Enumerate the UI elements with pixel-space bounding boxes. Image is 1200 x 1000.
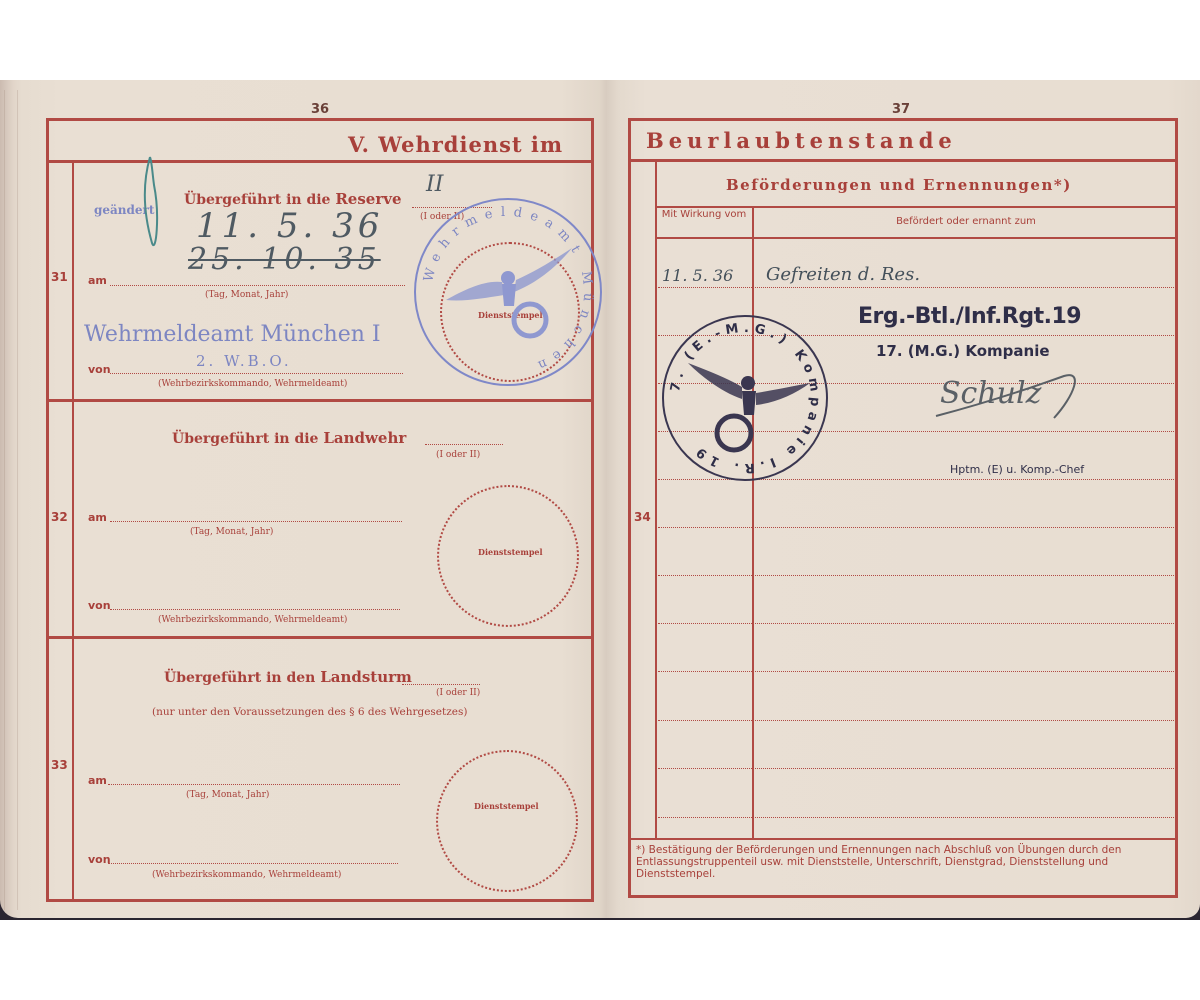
row-number: 32 [51,510,68,524]
section-divider [46,636,594,639]
from-field[interactable] [110,373,403,374]
round-stamp-company: 17. (E.-M.G.) Kompanie I.R. 19 [662,315,828,481]
handwritten-class: II [426,172,443,197]
pencil-mark-icon [140,155,170,260]
row-line[interactable] [658,527,1176,528]
row-line[interactable] [658,768,1176,769]
row-date: 11. 5. 36 [662,266,733,285]
number-column-divider [655,162,657,838]
section-title-prefix: Übergeführt in den [164,670,315,686]
footnote-divider [628,838,1178,840]
header-title: V. Wehrdienst im [348,132,563,157]
row-number: 31 [51,270,68,284]
from-field[interactable] [108,863,398,864]
section-title-divider [655,206,1178,208]
date-field[interactable] [108,784,400,785]
class-hint: (I oder II) [436,688,480,698]
class-field[interactable] [425,444,503,445]
row-line[interactable] [658,671,1176,672]
date-label: am [88,274,107,287]
row-line[interactable] [658,575,1176,576]
right-page: 37 Beurlaubtenstande Beförderungen und E… [606,80,1200,918]
from-hint: (Wehrbezirkskommando, Wehrmeldeamt) [158,615,347,625]
column-header-effective-date: Mit Wirkung vom [658,209,750,221]
date-field[interactable] [110,521,402,522]
open-document-booklet: 36 V. Wehrdienst im 31 Übergeführt in di… [0,80,1200,920]
signature-stroke-icon [934,366,1104,426]
condition-note: (nur unter den Voraussetzungen des § 6 d… [152,706,467,718]
unit-stamp-line1: Erg.-Btl./Inf.Rgt.19 [858,304,1081,329]
from-label: von [88,363,111,376]
section-title-prefix: Übergeführt in die [172,431,318,447]
section-title-bold: Landwehr [323,429,406,447]
row-line[interactable] [658,720,1176,721]
class-field[interactable] [402,684,480,685]
row-number: 34 [634,510,651,524]
round-stamp-blue: Wehrmeldeamt München [414,198,602,386]
footnote: *) Bestätigung der Beförderungen und Ern… [636,844,1174,880]
section-title: Beförderungen und Ernennungen*) [726,176,1072,194]
section-divider [46,399,594,402]
from-hint: (Wehrbezirkskommando, Wehrmeldeamt) [158,379,347,389]
from-field[interactable] [110,609,400,610]
header-divider [46,160,594,163]
date-hint: (Tag, Monat, Jahr) [205,290,288,300]
class-hint: (I oder II) [436,450,480,460]
date-hint: (Tag, Monat, Jahr) [186,790,269,800]
row-number: 33 [51,758,68,772]
stamp-area-label: Dienststempel [474,801,539,811]
eagle-emblem-icon [684,353,814,453]
section-title-bold: Landsturm [320,668,412,686]
from-label: von [88,853,111,866]
date-label: am [88,774,107,787]
row-line [658,287,1176,288]
page-number: 37 [892,102,910,117]
row-line[interactable] [658,817,1176,818]
date-label: am [88,511,107,524]
header-title: Beurlaubtenstande [646,128,957,153]
date-hint: (Tag, Monat, Jahr) [190,527,273,537]
page-frame [628,118,1178,898]
handwritten-date-struck: 25. 10. 35 [188,242,381,277]
section-title: Übergeführt in die Landwehr [172,429,406,447]
page-number: 36 [311,102,329,117]
handwritten-date: 11. 5. 36 [196,206,383,246]
number-column-divider [72,163,74,899]
row-line[interactable] [658,623,1176,624]
page-stack-edge [4,90,18,910]
date-field[interactable] [110,285,405,286]
row-rank: Gefreiten d. Res. [766,264,920,285]
from-hint: (Wehrbezirkskommando, Wehrmeldeamt) [152,870,341,880]
from-label: von [88,599,111,612]
column-divider [752,207,754,838]
column-header-divider [655,237,1178,239]
section-title: Übergeführt in den Landsturm [164,668,412,686]
from-stamp-office: Wehrmeldeamt München I [84,322,381,347]
signature-title: Hptm. (E) u. Komp.-Chef [950,463,1084,476]
eagle-emblem-icon [444,240,574,340]
unit-stamp-line2: 17. (M.G.) Kompanie [876,342,1050,360]
stamp-area-label: Dienststempel [478,547,543,557]
left-page: 36 V. Wehrdienst im 31 Übergeführt in di… [0,80,606,918]
from-stamp-sub: 2. W.B.O. [196,352,292,370]
stamp-area-circle [436,750,578,892]
header-divider [628,159,1178,162]
column-header-promotion: Befördert oder ernannt zum [754,216,1178,227]
